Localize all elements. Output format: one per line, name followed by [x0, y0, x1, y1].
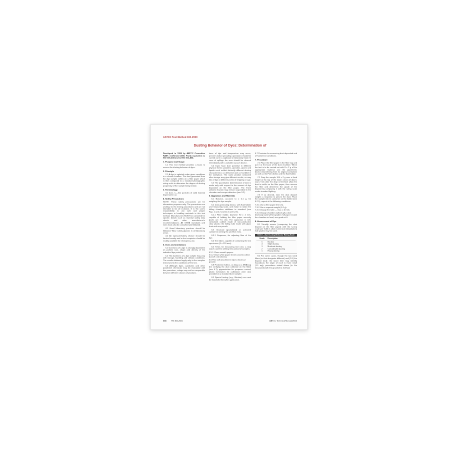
- table-title: Table I—Dye Dusting Behavior Rating Scal…: [255, 234, 297, 237]
- paragraph: 6.4 Test tubes, capable of containing th…: [209, 240, 251, 245]
- method-reference-heading: AATCC Test Method 184-2000: [163, 136, 297, 138]
- paragraph: 5.2 The dustiness of a dye sample may va…: [163, 255, 205, 264]
- table-header-description: Description: [268, 238, 296, 240]
- paragraph: 5.1 Dustiness of a dye is strongly depen…: [163, 247, 205, 254]
- section-heading: 3. Terminology: [163, 189, 205, 191]
- text-column-2: tions of dye and temperature may occur; …: [209, 153, 251, 282]
- document-page: AATCC Test Method 184-2000 Dusting Behav…: [150, 124, 308, 330]
- paragraph: 8.1 Visually assess (comparing the dust …: [255, 224, 297, 233]
- page-number: 334: [163, 320, 166, 322]
- paragraph: 6.2 Dust generating device, with fluid h…: [209, 204, 251, 213]
- table-cell-description: Heavy dusting: [268, 250, 296, 252]
- paragraph: 4.1 Good laboratory practices should be …: [163, 228, 205, 235]
- page-content: AATCC Test Method 184-2000 Dusting Behav…: [151, 125, 308, 330]
- footer-manual-label: AATCC Technical Manual/2000: [269, 320, 297, 322]
- list-line: 6.5.2 Clean white paper sheets used to c…: [209, 254, 251, 259]
- paragraph: 6.7 Provision for measuring dust deposit…: [255, 153, 297, 158]
- paragraph: 4.2 An eyewash/safety shower should be l…: [163, 235, 205, 242]
- section-heading: 7. Procedure: [255, 159, 297, 161]
- paragraph: 5.4 Dyes have dust potential in differen…: [209, 165, 251, 181]
- list-line: 7.3.4 Charge chamber walls (5 g/L); dust…: [255, 212, 297, 219]
- footer-left: 334 TM 184-2000: [163, 320, 183, 322]
- paragraph: 6.8 Protective fabrics, as long as a MSA…: [209, 264, 251, 276]
- table-header-grade: Grade: [256, 238, 267, 240]
- footer-method-short: TM 184-2000: [171, 320, 183, 322]
- rating-scale-table: Table I—Dye Dusting Behavior Rating Scal…: [255, 234, 297, 254]
- paragraph: 5.5 The quantitative determination of du…: [209, 182, 251, 194]
- section-heading: 1. Purpose and Scope: [163, 161, 205, 163]
- page-footer: 334 TM 184-2000 AATCC Technical Manual/2…: [163, 320, 297, 322]
- text-column-1: Developed in 1999 by AATCC Committee RA8…: [163, 153, 205, 276]
- paragraph: 1.1 This test method provides a basis to…: [163, 164, 205, 169]
- document-title: Dusting Behavior of Dyes: Determination …: [163, 143, 297, 147]
- paragraph: NOTE: These safety precautions are for i…: [163, 201, 205, 226]
- paragraph: 6.5 Timer, for measuring test runs; a st…: [209, 246, 251, 251]
- list-line: 6.6 Fine soft attachment; nylon; electri…: [209, 259, 251, 264]
- paragraph: 6.9 Special testing (e.g., filtration) c…: [209, 277, 251, 282]
- paragraph: 3.1 dust, n.—fine particles of solid mat…: [163, 192, 205, 197]
- table-header-row: GradeDescription: [256, 238, 295, 241]
- section-heading: 6. Apparatus and Materials: [209, 195, 251, 197]
- paragraph: 2.1 A dye is agitated under given condit…: [163, 174, 205, 188]
- paragraph: 7.1 Place the filter paper in the filter…: [255, 162, 297, 176]
- section-heading: 5. Uses and Limitations: [163, 244, 205, 246]
- paragraph: 6.3.1 Dispenser, for adjusting flow of t…: [209, 235, 251, 240]
- paragraph: 7.3 If so desired, take the dust deposit…: [255, 194, 297, 203]
- table-row: 1Heavy dusting: [256, 250, 295, 252]
- paragraph: 6.1 Balance, accurate to ± 0.1 g, for we…: [209, 198, 251, 203]
- body-columns: Developed in 1999 by AATCC Committee RA8…: [163, 153, 297, 282]
- thumbnail-canvas: AATCC Test Method 184-2000 Dusting Behav…: [0, 0, 458, 458]
- table-body: GradeDescription5No dust4Slight dusting3…: [255, 237, 297, 254]
- paragraph: 8.2 For some cases, though the two rated…: [255, 255, 297, 269]
- paragraph: tions of dye and temperature may occur; …: [209, 153, 251, 165]
- section-heading: 4. Safety Precautions: [163, 198, 205, 200]
- paragraph: Developed in 1999 by AATCC Committee RA8…: [163, 153, 205, 160]
- paragraph: 5.3 Although dyes, auxiliaries and other…: [163, 265, 205, 274]
- section-heading: 2. Principle: [163, 170, 205, 172]
- section-heading: 8. Assessment of Dye: [255, 220, 297, 222]
- paragraph: 6.3 Charcoal (granulated) or activated c…: [209, 229, 251, 234]
- paragraph: 6.2.1 Filter holder, diameter 90 ± 2 mm,…: [209, 214, 251, 228]
- table-cell-grade: 1: [256, 250, 267, 252]
- text-column-3: 6.7 Provision for measuring dust deposit…: [255, 153, 297, 271]
- paragraph: 7.2 Drop the sample 100 ± 2 g over a fix…: [255, 177, 297, 193]
